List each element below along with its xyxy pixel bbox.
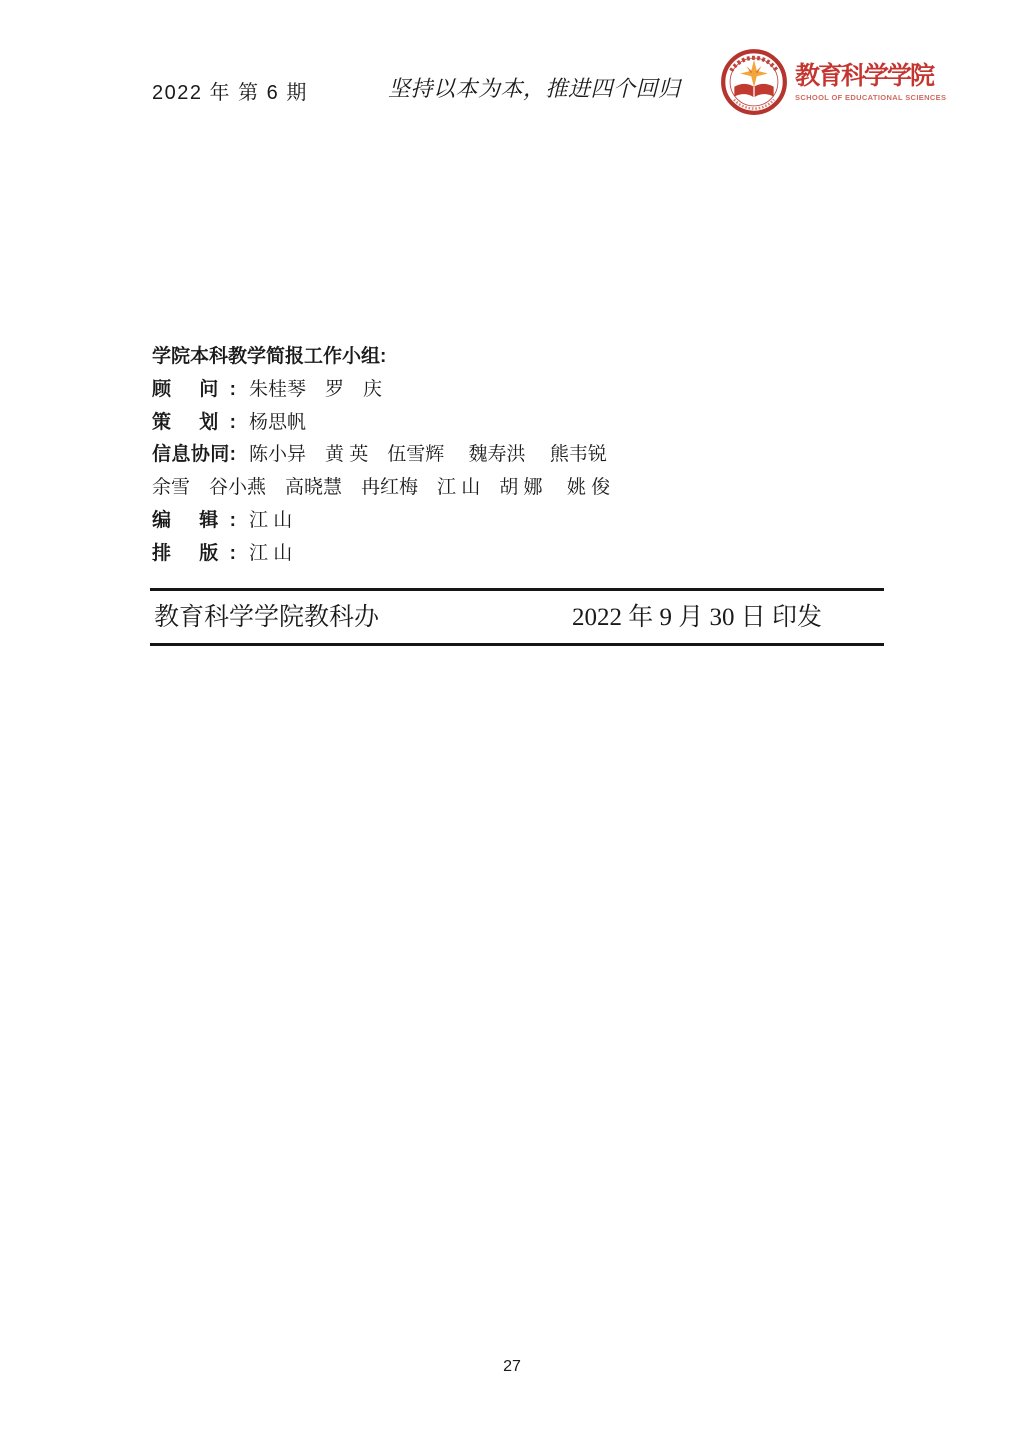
logo-subtitle: SCHOOL OF EDUCATIONAL SCIENCES: [795, 93, 946, 102]
role-label: 顾 问:: [152, 374, 236, 407]
imprint-issuer: 教育科学学院教科办: [150, 597, 379, 633]
role-row-editor: 编 辑:江 山: [152, 505, 610, 538]
imprint-date: 2022 年 9 月 30 日 印发: [572, 597, 822, 633]
role-names: 江 山: [249, 543, 292, 564]
logo-text-block: 教育科学学院 SCHOOL OF EDUCATIONAL SCIENCES: [795, 64, 946, 102]
role-row-continuation: 余雪 谷小燕 高晓慧 冉红梅 江 山 胡 娜 姚 俊: [152, 472, 610, 505]
school-logo: 教育科学学院 SCHOOL OF EDUCATIONAL SCIENCES: [720, 48, 946, 116]
role-names: 江 山: [249, 510, 292, 531]
role-names: 杨思帆: [249, 412, 306, 433]
role-label: 信息协同:: [152, 439, 236, 472]
role-label: 策 划:: [152, 407, 236, 440]
role-label: 编 辑:: [152, 505, 236, 538]
role-row-info-coordination: 信息协同:陈小异 黄 英 伍雪辉 魏寿洪 熊韦锐: [152, 439, 610, 472]
workgroup-section: 学院本科教学简报工作小组: 顾 问:朱桂琴 罗 庆 策 划:杨思帆 信息协同:陈…: [152, 341, 610, 571]
role-names: 陈小异 黄 英 伍雪辉 魏寿洪 熊韦锐: [249, 444, 607, 465]
role-row-advisor: 顾 问:朱桂琴 罗 庆: [152, 374, 610, 407]
role-label: 排 版:: [152, 538, 236, 571]
school-emblem-icon: [720, 48, 788, 116]
logo-title: 教育科学学院: [795, 64, 946, 90]
workgroup-title: 学院本科教学简报工作小组:: [152, 341, 610, 374]
issue-number: 2022 年 第 6 期: [152, 76, 308, 105]
role-row-typesetting: 排 版:江 山: [152, 538, 610, 571]
role-row-planner: 策 划:杨思帆: [152, 407, 610, 440]
header-slogan: 坚持以本为本，推进四个回归: [388, 72, 681, 103]
page-number: 27: [0, 1358, 1024, 1376]
imprint-bar: 教育科学学院教科办 2022 年 9 月 30 日 印发: [150, 588, 884, 646]
role-names: 朱桂琴 罗 庆: [249, 379, 382, 400]
